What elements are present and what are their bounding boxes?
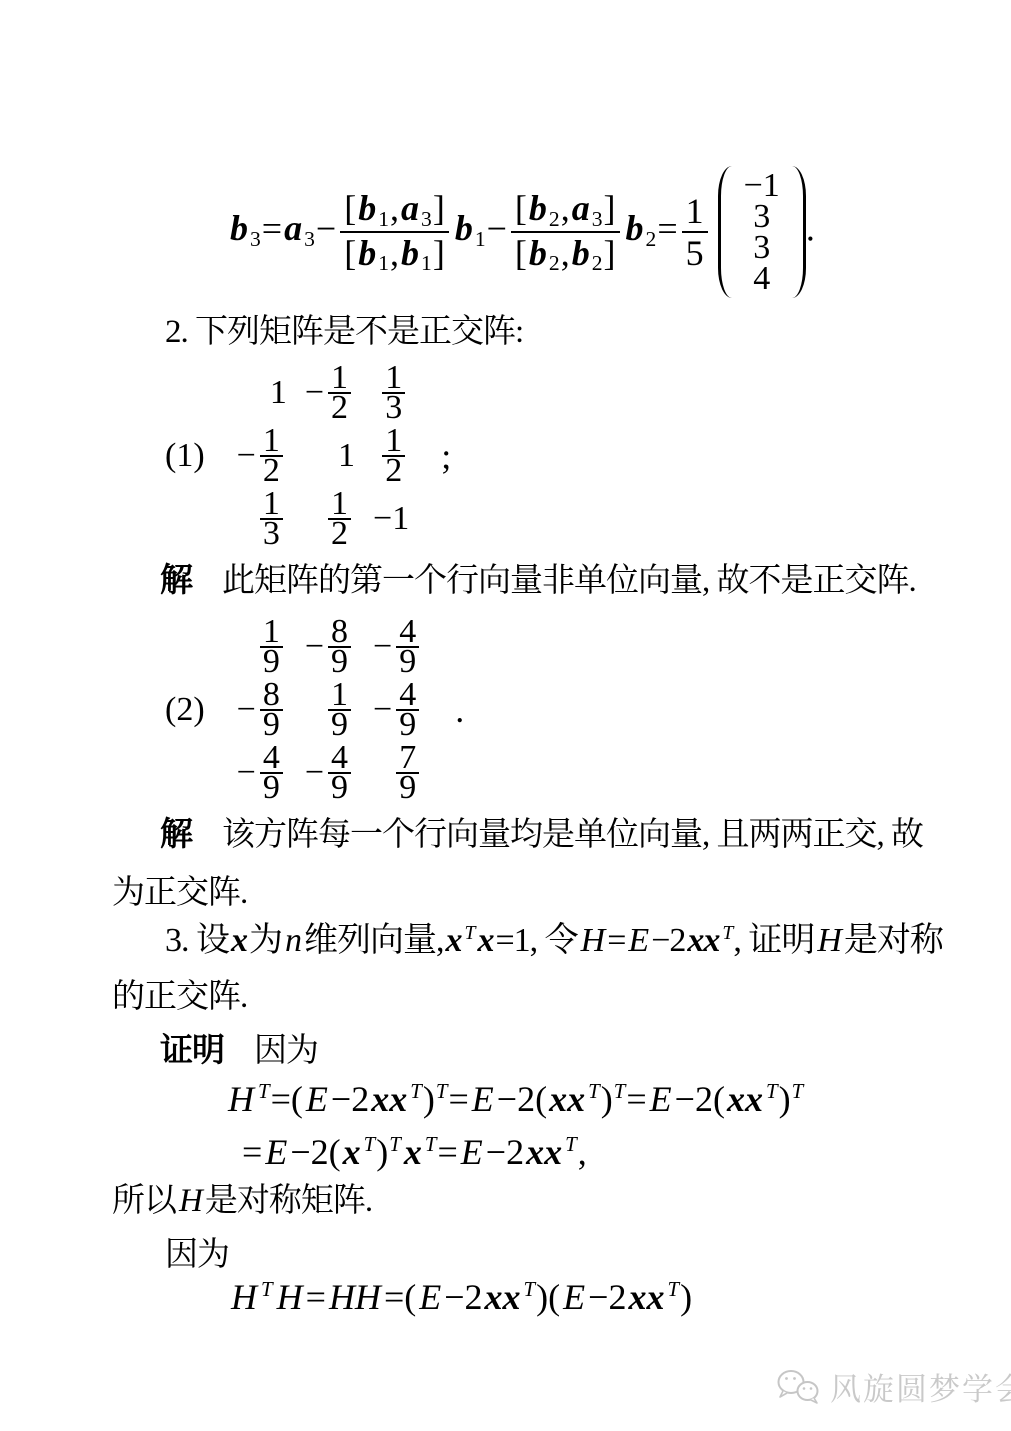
matrix-cell: −89 <box>237 681 287 739</box>
equation-HTH: HTH=HH=(E−2xxT)(E−2xxT) <box>228 1276 692 1318</box>
solution-2-line2: 为正交阵. <box>112 874 247 914</box>
matrix-cell: −89 <box>305 618 355 676</box>
matrix-1: (1) 1 −12 13 −12 1 12 13 12 −1 ; <box>165 356 451 556</box>
equation-HT: HT=(E−2xxT)T=E−2(xxT)T=E−2(xxT)T <box>225 1078 804 1120</box>
equation-HT-continued: =E−2(xT)TxT=E−2xxT, <box>242 1131 587 1173</box>
solution-1: 解此矩阵的第一个行向量非单位向量, 故不是正交阵. <box>160 562 916 602</box>
matrix-1-grid: 1 −12 13 −12 1 12 13 12 −1 <box>227 356 420 556</box>
matrix-cell: 1 <box>338 437 355 475</box>
problem2-heading: 2. 下列矩阵是不是正交阵: <box>165 313 523 353</box>
proof-text: 因为 <box>254 1033 318 1069</box>
proof-heading: 证明因为 <box>160 1032 318 1072</box>
matrix-2-grid: 19 −89 −49 −89 19 −49 −49 −49 79 <box>227 610 434 810</box>
matrix-2-label: (2) <box>165 691 205 729</box>
matrix-cell: 19 <box>324 681 355 739</box>
solution-text: 此矩阵的第一个行向量非单位向量, 故不是正交阵. <box>222 563 916 599</box>
matrix-cell: −49 <box>237 744 287 802</box>
matrix-1-suffix: ; <box>441 435 451 477</box>
conclusion-symmetric: 所以H是对称矩阵. <box>112 1182 372 1222</box>
matrix-cell: −49 <box>373 618 423 676</box>
matrix-cell: 79 <box>392 744 423 802</box>
solution-2-line1: 解该方阵每一个行向量均是单位向量, 且两两正交, 故 <box>160 816 923 856</box>
watermark: 风旋圆梦学会 <box>774 1364 1011 1409</box>
solution-label: 解 <box>160 563 192 599</box>
problem3-line2: 的正交阵. <box>112 978 247 1018</box>
matrix-cell: 13 <box>256 490 287 548</box>
matrix-cell: 19 <box>256 618 287 676</box>
watermark-text: 风旋圆梦学会 <box>830 1364 1011 1409</box>
problem3-line1: 3. 设x为n维列向量,xTx=1, 令H=E−2xxT, 证明H是对称 <box>165 921 943 962</box>
matrix-cell: −1 <box>373 500 409 538</box>
matrix-cell: −49 <box>305 744 355 802</box>
wechat-icon <box>774 1368 822 1406</box>
matrix-cell: −49 <box>373 681 423 739</box>
matrix-2: (2) 19 −89 −49 −89 19 −49 −49 −49 79 . <box>165 610 464 810</box>
matrix-1-label: (1) <box>165 437 205 475</box>
solution-label: 解 <box>160 817 192 853</box>
matrix-cell: 13 <box>378 364 409 422</box>
matrix-cell: −12 <box>305 364 355 422</box>
matrix-cell: 12 <box>378 427 409 485</box>
matrix-cell: 12 <box>324 490 355 548</box>
because-text: 因为 <box>165 1236 229 1276</box>
matrix-2-suffix: . <box>455 689 464 731</box>
proof-label: 证明 <box>160 1033 224 1069</box>
matrix-cell: −12 <box>237 427 287 485</box>
matrix-cell: 1 <box>270 374 287 412</box>
document-page: b3=a3−[b1,a3][b1,b1]b1−[b2,a3][b2,b2]b2=… <box>0 0 1011 1431</box>
solution-text: 该方阵每一个行向量均是单位向量, 且两两正交, 故 <box>222 817 923 853</box>
formula-b3: b3=a3−[b1,a3][b1,b1]b1−[b2,a3][b2,b2]b2=… <box>228 166 815 298</box>
